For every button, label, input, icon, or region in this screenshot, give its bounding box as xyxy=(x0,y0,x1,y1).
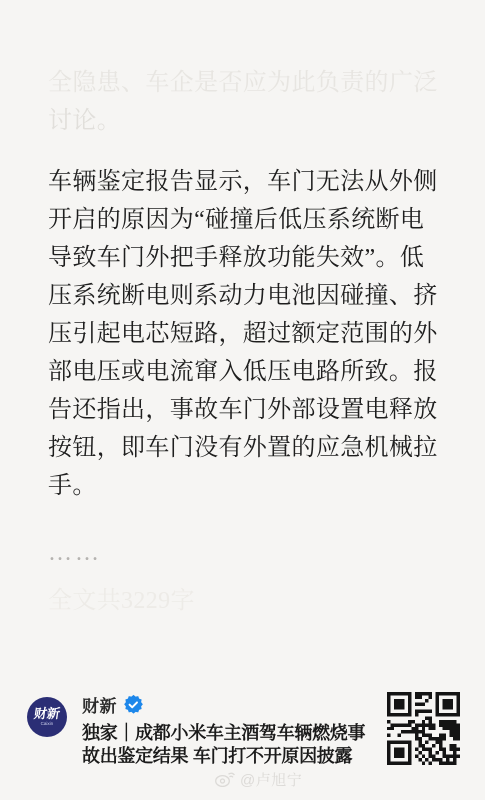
word-count-note: 全文共3229字 xyxy=(48,582,195,620)
verified-badge-icon xyxy=(123,694,144,715)
body-line: 压引起电芯短路，超过额定范围的外 xyxy=(48,315,448,353)
body-line: 部电压或电流窜入低压电路所致。报 xyxy=(48,353,448,391)
body-line: 车辆鉴定报告显示，车门无法从外侧 xyxy=(48,163,448,201)
headline-line: 独家｜成都小米车主酒驾车辆燃烧事 xyxy=(82,722,382,745)
body-line: 压系统断电则系动力电池因碰撞、挤 xyxy=(48,277,448,315)
account-row: 财新 xyxy=(82,693,144,715)
body-line: 导致车门外把手释放功能失效”。低 xyxy=(48,239,448,277)
body-line: 告还指出，事故车门外部设置电释放 xyxy=(48,391,448,429)
headline-line: 故出鉴定结果 车门打不开原因披露 xyxy=(82,745,382,768)
account-name: 财新 xyxy=(82,692,117,717)
caixin-logo: 财新 Caixin xyxy=(27,697,67,737)
watermark-handle: @卢旭宁 xyxy=(240,769,302,790)
body-line: 开启的原因为“碰撞后低压系统断电 xyxy=(48,201,448,239)
omitted-text-ellipsis: …… xyxy=(48,534,102,572)
caixin-logo-subtext: Caixin xyxy=(41,722,54,726)
body-line: 手。 xyxy=(48,467,448,505)
article-headline: 独家｜成都小米车主酒驾车辆燃烧事 故出鉴定结果 车门打不开原因披露 xyxy=(82,722,382,768)
qr-code xyxy=(387,692,460,765)
caixin-logo-text: 财新 xyxy=(33,707,61,720)
article-body: 车辆鉴定报告显示，车门无法从外侧 开启的原因为“碰撞后低压系统断电 导致车门外把… xyxy=(48,163,448,505)
weibo-icon xyxy=(214,770,236,788)
watermark: @卢旭宁 xyxy=(214,769,302,789)
faded-line: 全隐患、车企是否应为此负责的广泛 xyxy=(48,64,440,102)
body-line: 按钮，即车门没有外置的应急机械拉 xyxy=(48,429,448,467)
faded-line: 讨论。 xyxy=(48,102,440,140)
faded-previous-paragraph: 全隐患、车企是否应为此负责的广泛 讨论。 xyxy=(48,64,440,140)
